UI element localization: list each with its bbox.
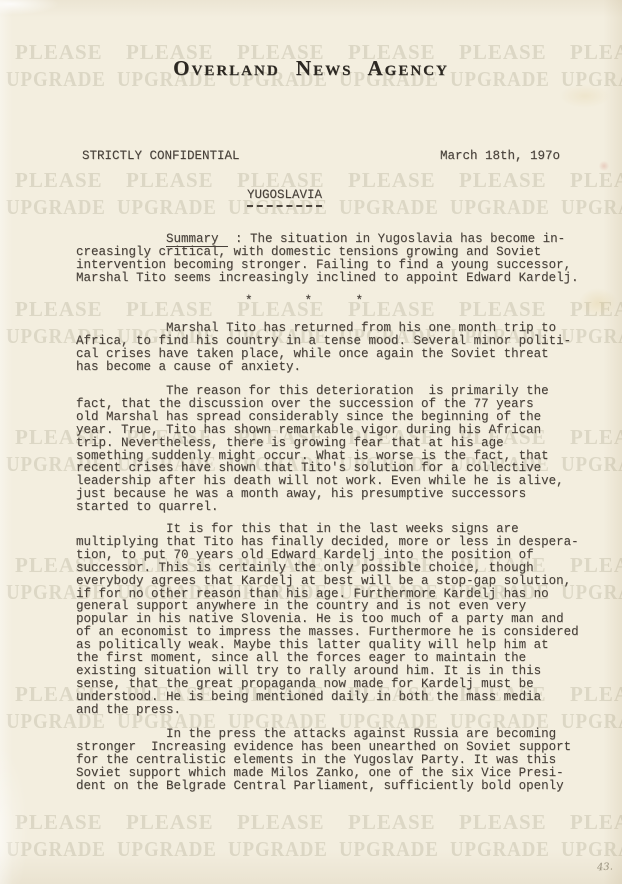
date-label: March 18th, 197o	[440, 150, 560, 163]
headline-title: YUGOSLAVIA	[247, 189, 322, 207]
summary-paragraph: Summary : The situation in Yugoslavia ha…	[76, 233, 579, 285]
handwritten-page-number: 43.	[597, 861, 614, 873]
asterisk-separator: * * *	[245, 295, 364, 308]
agency-title: Overland News Agency	[0, 56, 622, 81]
body-paragraph: The reason for this deterioration is pri…	[76, 385, 564, 514]
summary-indent	[76, 232, 166, 246]
classification-label: STRICTLY CONFIDENTIAL	[82, 150, 240, 163]
document-content: Overland News Agency STRICTLY CONFIDENTI…	[0, 0, 622, 884]
body-paragraph: It is for this that in the last weeks si…	[76, 523, 579, 717]
body-paragraph: Marshal Tito has returned from his one m…	[76, 322, 571, 374]
document-page: PLEASEUPGRADEPLEASEUPGRADEPLEASEUPGRADEP…	[0, 0, 622, 884]
summary-colon: :	[228, 232, 251, 246]
body-paragraph: In the press the attacks against Russia …	[76, 728, 571, 793]
